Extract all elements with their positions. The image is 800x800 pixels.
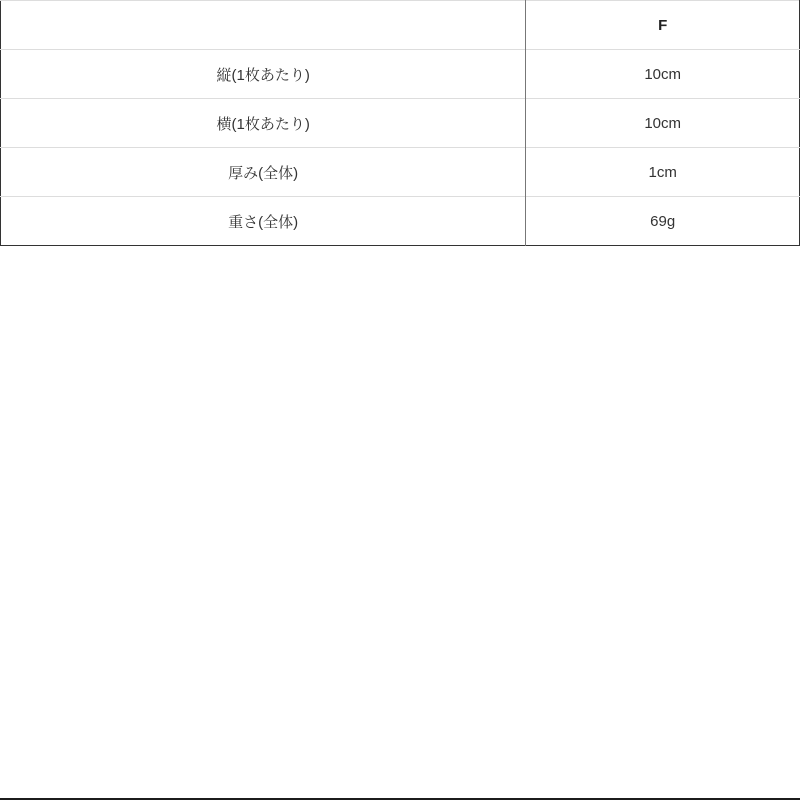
spec-header-row: F [1,1,800,50]
spec-row-width: 横(1枚あたり) 10cm [1,99,800,148]
spec-value-thickness: 1cm [526,148,800,197]
spec-header-empty-cell [1,1,526,50]
product-spec-page: F 縦(1枚あたり) 10cm 横(1枚あたり) 10cm 厚み(全体) 1cm… [0,0,800,246]
spec-header-size-cell: F [526,1,800,50]
spec-value-width: 10cm [526,99,800,148]
spec-table: F 縦(1枚あたり) 10cm 横(1枚あたり) 10cm 厚み(全体) 1cm… [0,0,800,246]
spec-label-length: 縦(1枚あたり) [1,50,526,99]
spec-row-length: 縦(1枚あたり) 10cm [1,50,800,99]
spec-row-thickness: 厚み(全体) 1cm [1,148,800,197]
spec-row-weight: 重さ(全体) 69g [1,197,800,246]
spec-label-thickness: 厚み(全体) [1,148,526,197]
spec-label-width: 横(1枚あたり) [1,99,526,148]
spec-value-weight: 69g [526,197,800,246]
spec-label-weight: 重さ(全体) [1,197,526,246]
spec-value-length: 10cm [526,50,800,99]
